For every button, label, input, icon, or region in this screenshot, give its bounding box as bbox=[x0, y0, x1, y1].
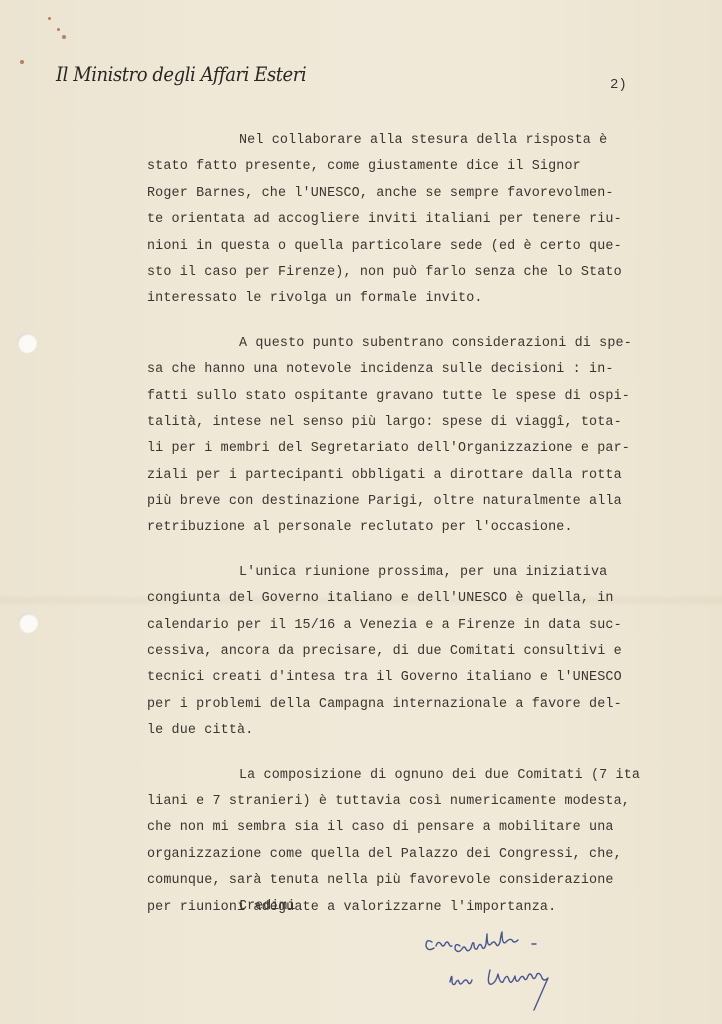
text-line: liani e 7 stranieri) è tuttavia così num… bbox=[147, 789, 707, 815]
handwritten-signature bbox=[420, 920, 620, 1020]
text-line: sa che hanno una notevole incidenza sull… bbox=[147, 357, 707, 383]
text-line: sto il caso per Firenze), non può farlo … bbox=[147, 260, 707, 286]
text-line: più breve con destinazione Parigi, oltre… bbox=[147, 489, 707, 515]
letter-page: Il Ministro degli Affari Esteri 2) Nel c… bbox=[0, 0, 722, 1024]
letter-body: Nel collaborare alla stesura della rispo… bbox=[147, 128, 707, 939]
text-line: congiunta del Governo italiano e dell'UN… bbox=[147, 586, 707, 612]
text-line: L'unica riunione prossima, per una inizi… bbox=[147, 560, 707, 586]
text-line: La composizione di ognuno dei due Comita… bbox=[147, 763, 707, 789]
text-line: per riunioni adeguate a valorizzarne l'i… bbox=[147, 895, 707, 921]
text-line: che non mi sembra sia il caso di pensare… bbox=[147, 815, 707, 841]
stain-mark bbox=[57, 28, 60, 31]
paragraph: A questo punto subentrano considerazioni… bbox=[147, 331, 707, 542]
text-line: organizzazione come quella del Palazzo d… bbox=[147, 842, 707, 868]
stain-mark bbox=[20, 60, 24, 64]
text-line: retribuzione al personale reclutato per … bbox=[147, 515, 707, 541]
text-line: fatti sullo stato ospitante gravano tutt… bbox=[147, 384, 707, 410]
paragraph: L'unica riunione prossima, per una inizi… bbox=[147, 560, 707, 745]
stain-mark bbox=[48, 17, 51, 20]
text-line: li per i membri del Segretariato dell'Or… bbox=[147, 436, 707, 462]
text-line: stato fatto presente, come giustamente d… bbox=[147, 154, 707, 180]
text-line: comunque, sarà tenuta nella più favorevo… bbox=[147, 868, 707, 894]
text-line: tecnici creati d'intesa tra il Governo i… bbox=[147, 665, 707, 691]
punch-hole bbox=[18, 613, 38, 633]
closing-salutation: Credimi bbox=[239, 899, 295, 914]
text-line: Roger Barnes, che l'UNESCO, anche se sem… bbox=[147, 181, 707, 207]
text-line: Nel collaborare alla stesura della rispo… bbox=[147, 128, 707, 154]
page-number: 2) bbox=[610, 77, 627, 93]
text-line: per i problemi della Campagna internazio… bbox=[147, 692, 707, 718]
text-line: nioni in questa o quella particolare sed… bbox=[147, 234, 707, 260]
letterhead: Il Ministro degli Affari Esteri bbox=[56, 62, 306, 86]
text-line: le due città. bbox=[147, 718, 707, 744]
text-line: A questo punto subentrano considerazioni… bbox=[147, 331, 707, 357]
stain-mark bbox=[62, 35, 66, 39]
text-line: cessiva, ancora da precisare, di due Com… bbox=[147, 639, 707, 665]
signature-scribble-icon bbox=[420, 920, 620, 1020]
text-line: talità, intese nel senso più largo: spes… bbox=[147, 410, 707, 436]
paragraph: Nel collaborare alla stesura della rispo… bbox=[147, 128, 707, 313]
paragraph: La composizione di ognuno dei due Comita… bbox=[147, 763, 707, 921]
text-line: interessato le rivolga un formale invito… bbox=[147, 286, 707, 312]
text-line: calendario per il 15/16 a Venezia e a Fi… bbox=[147, 613, 707, 639]
punch-hole bbox=[17, 333, 37, 353]
text-line: te orientata ad accogliere inviti italia… bbox=[147, 207, 707, 233]
text-line: ziali per i partecipanti obbligati a dir… bbox=[147, 463, 707, 489]
